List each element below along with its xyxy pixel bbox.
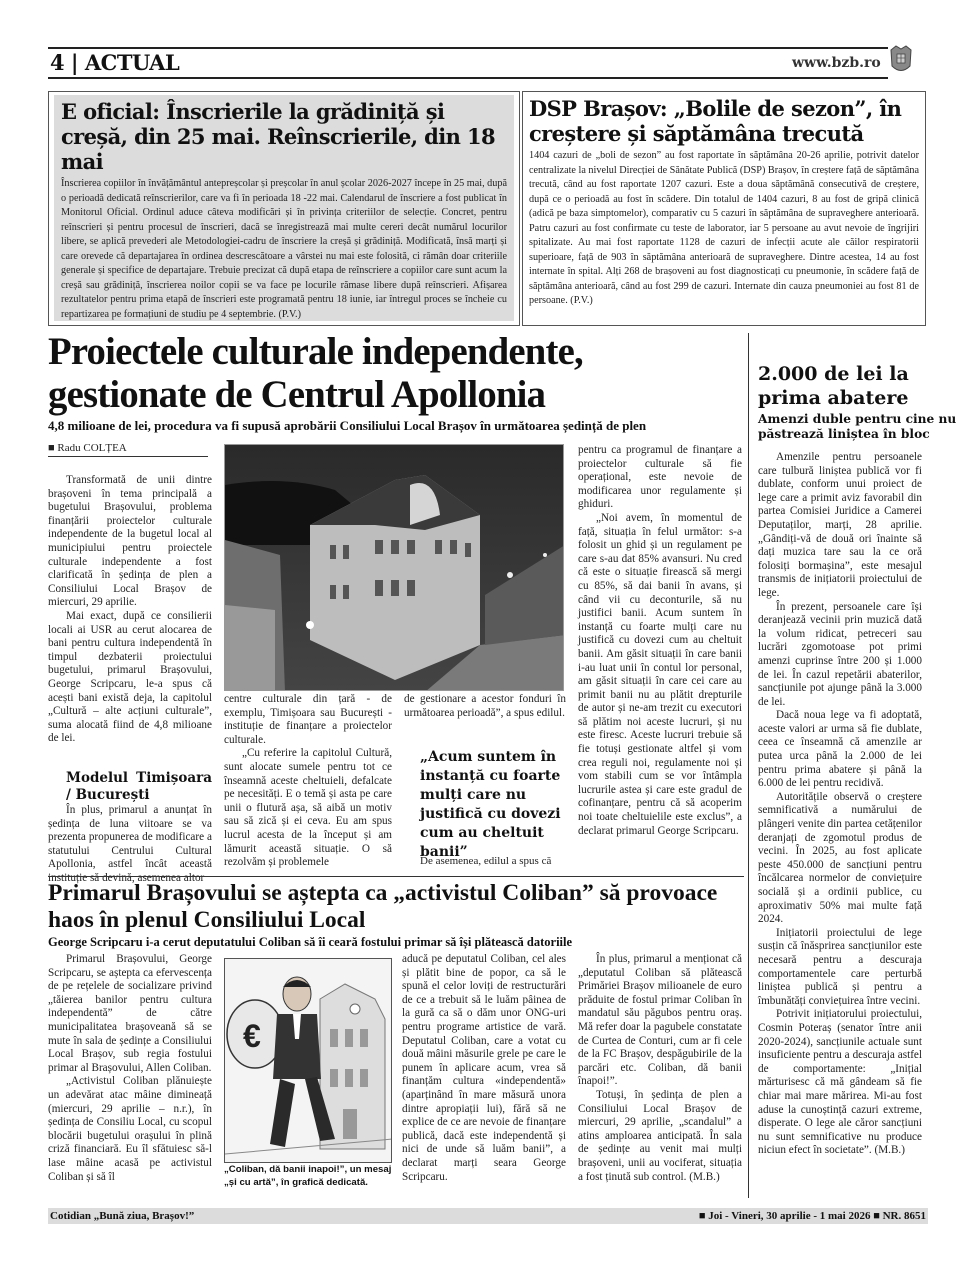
news-box-dsp: DSP Brașov: „Bolile de sezon”, în crește… <box>522 91 926 326</box>
paragraph: Mai exact, după ce consilierii locali ai… <box>48 610 212 746</box>
box-title: E oficial: Înscrierile la grădiniță și c… <box>61 99 507 174</box>
paragraph: Inițiatorii proiectului de lege susțin c… <box>758 927 922 1009</box>
caricature-illustration: € <box>224 958 392 1163</box>
sidebar-headline: 2.000 de lei la prima abatere <box>758 362 958 410</box>
sidebar-body: Amenzile pentru persoanele care tulbură … <box>758 451 922 1158</box>
header-top-rule <box>48 47 888 49</box>
paragraph: pentru ca programul de finanțare a proie… <box>578 444 742 512</box>
paragraph: Primarul Brașovului, George Scripcaru, s… <box>48 953 212 1075</box>
paragraph: În plus, primarul a menționat că „deputa… <box>578 953 742 1089</box>
section-subhead: Modelul Timișoara / București <box>48 770 212 804</box>
paragraph: „Activistul Coliban plănuiește un adevăr… <box>48 1075 212 1184</box>
section-label: 4 | ACTUAL <box>50 50 179 75</box>
paragraph: În prezent, persoanele care își deranjea… <box>758 601 922 710</box>
svg-text:€: € <box>243 1018 261 1054</box>
main-column-3: de gestionare a acestor fonduri în următ… <box>404 693 566 720</box>
paragraph: Autoritățile observă o creștere semnific… <box>758 791 922 927</box>
second-column-2: aducă pe deputatul Coliban, cel ales și … <box>402 953 566 1184</box>
paragraph: aducă pe deputatul Coliban, cel ales și … <box>402 953 566 1184</box>
pull-quote: „Acum suntem în instanță cu foarte mulți… <box>420 748 570 862</box>
main-column-1: Transformată de unii dintre brașoveni în… <box>48 474 212 746</box>
article-divider <box>48 876 744 877</box>
paragraph: Potrivit inițiatorului proiectului, Cosm… <box>758 1008 922 1158</box>
box-body: 1404 cazuri de „boli de sezon” au fost r… <box>529 149 919 309</box>
illustration-caption: „Coliban, dă banii inapoi!”, un mesaj „ș… <box>224 1164 392 1189</box>
paragraph: Amenzile pentru persoanele care tulbură … <box>758 451 922 601</box>
main-headline: Proiectele culturale independente, gesti… <box>48 330 734 416</box>
second-subheadline: George Scripcaru i-a cerut deputatului C… <box>48 935 748 950</box>
main-column-2: centre culturale din țară - de exemplu, … <box>224 693 392 870</box>
paragraph: Dacă noua lege va fi adoptată, aceste va… <box>758 709 922 791</box>
paragraph: de gestionare a acestor fonduri în următ… <box>404 693 566 720</box>
second-column-1: Primarul Brașovului, George Scripcaru, s… <box>48 953 212 1184</box>
column-divider <box>748 333 749 1198</box>
byline: ■ Radu COLȚEA <box>48 442 208 457</box>
header-bottom-rule <box>48 77 888 79</box>
paragraph: „Noi avem, în momentul de față, situația… <box>578 512 742 838</box>
main-column-3-continued: De asemenea, edilul a spus că <box>420 855 570 869</box>
paragraph: Transformată de unii dintre brașoveni în… <box>48 474 212 610</box>
main-column-4: pentru ca programul de finanțare a proie… <box>578 444 742 838</box>
paragraph: În plus, primarul a anunțat în ședința d… <box>48 804 212 886</box>
news-box-kindergarten: E oficial: Înscrierile la grădiniță și c… <box>48 91 520 326</box>
paragraph: centre culturale din țară - de exemplu, … <box>224 693 392 747</box>
issue-date-number: ■ Joi - Vineri, 30 aprilie - 1 mai 2026 … <box>699 1208 926 1224</box>
main-subheadline: 4,8 milioane de lei, procedura va fi sup… <box>48 418 768 434</box>
paragraph: „Cu referire la capitolul Cultură, sunt … <box>224 747 392 869</box>
main-column-1-continued: Modelul Timișoara / București În plus, p… <box>48 770 212 886</box>
box-title: DSP Brașov: „Bolile de sezon”, în crește… <box>529 96 919 146</box>
paragraph: Totuși, în ședința de plen a Consiliului… <box>578 1089 742 1184</box>
second-headline: Primarul Brașovului se aștepta ca „activ… <box>48 880 748 934</box>
second-column-3: În plus, primarul a menționat că „deputa… <box>578 953 742 1184</box>
city-crest-icon <box>888 44 914 76</box>
paragraph: De asemenea, edilul a spus că <box>420 855 570 869</box>
page-footer: Cotidian „Bună ziua, Brașov!” ■ Joi - Vi… <box>48 1208 928 1224</box>
article-photo <box>224 444 564 691</box>
website-link[interactable]: www.bzb.ro <box>792 55 881 71</box>
box-body: Înscrierea copiilor în învățământul ante… <box>61 177 507 322</box>
sidebar-subheadline: Amenzi duble pentru cine nu păstrează li… <box>758 412 958 442</box>
publication-name: Cotidian „Bună ziua, Brașov!” <box>50 1208 194 1224</box>
